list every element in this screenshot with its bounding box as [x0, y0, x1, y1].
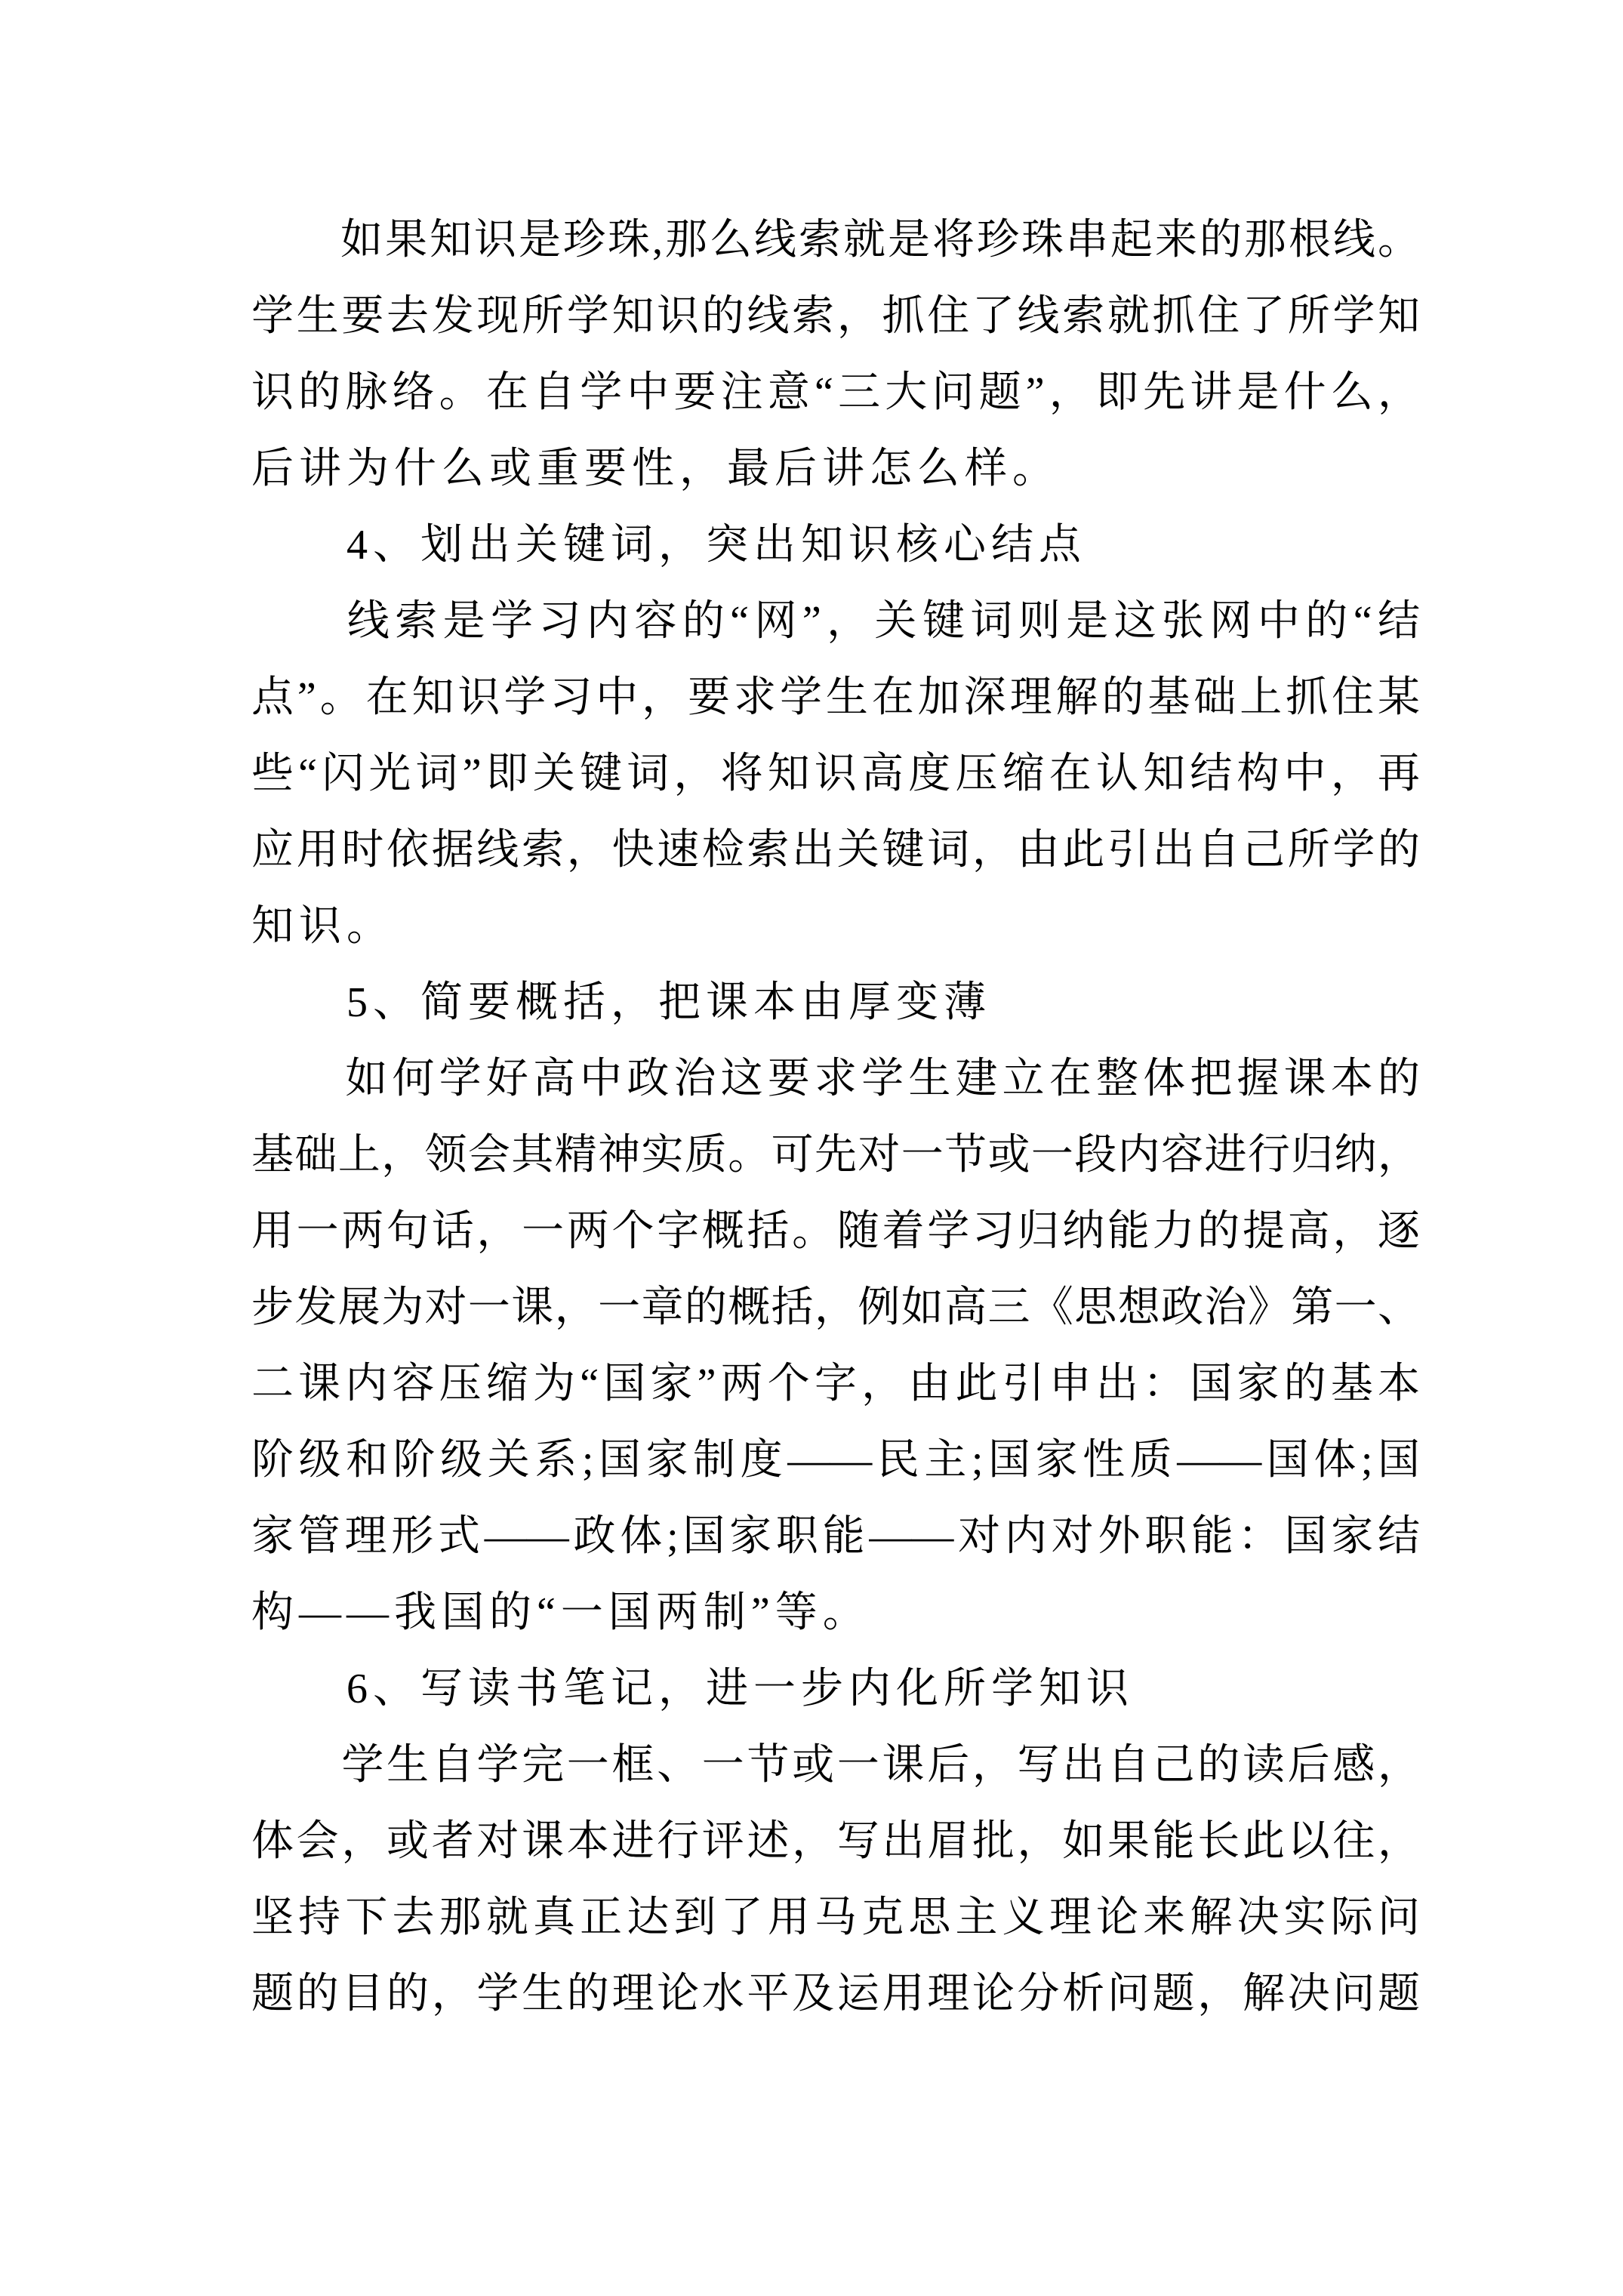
text-line: 点”。在知识学习中，要求学生在加深理解的基础上抓住某 [251, 660, 1420, 736]
text-line: 坚持下去那就真正达到了用马克思主义理论来解决实际问 [251, 1880, 1420, 1956]
text-line: 体会，或者对课本进行评述，写出眉批，如果能长此以往， [251, 1804, 1420, 1880]
text-line: 学生要去发现所学知识的线索，抓住了线索就抓住了所学知 [251, 279, 1420, 355]
document-text-block: 如果知识是珍珠,那么线索就是将珍珠串起来的那根线。 学生要去发现所学知识的线索，… [251, 202, 1420, 2032]
text-line: 二课内容压缩为“国家”两个字，由此引申出：国家的基本 [251, 1346, 1420, 1422]
text-line: 阶级和阶级关系;国家制度——民主;国家性质——国体;国 [251, 1422, 1420, 1499]
text-line: 后讲为什么或重要性，最后讲怎么样。 [251, 431, 1420, 507]
text-line: 学生自学完一框、一节或一课后，写出自己的读后感， [251, 1727, 1420, 1804]
section-heading-5: 5、简要概括，把课本由厚变薄 [251, 965, 1420, 1041]
text-line: 知识。 [251, 889, 1420, 965]
text-line: 构——我国的“一国两制”等。 [251, 1575, 1420, 1651]
text-line: 家管理形式——政体;国家职能——对内对外职能：国家结 [251, 1499, 1420, 1575]
section-heading-4: 4、划出关键词，突出知识核心结点 [251, 507, 1420, 584]
text-line: 用一两句话，一两个字概括。随着学习归纳能力的提高，逐 [251, 1194, 1420, 1270]
text-line: 步发展为对一课，一章的概括，例如高三《思想政治》第一、 [251, 1270, 1420, 1346]
section-heading-6: 6、写读书笔记，进一步内化所学知识 [251, 1651, 1420, 1727]
text-line: 基础上，领会其精神实质。可先对一节或一段内容进行归纳， [251, 1117, 1420, 1194]
text-line: 如果知识是珍珠,那么线索就是将珍珠串起来的那根线。 [251, 202, 1420, 279]
text-line: 线索是学习内容的“网”，关键词则是这张网中的“结 [251, 584, 1420, 660]
text-line: 题的目的，学生的理论水平及运用理论分析问题，解决问题 [251, 1956, 1420, 2032]
text-line: 应用时依据线索，快速检索出关键词，由此引出自己所学的 [251, 812, 1420, 889]
text-line: 些“闪光词”即关键词，将知识高度压缩在认知结构中，再 [251, 736, 1420, 812]
text-line: 识的脉络。在自学中要注意“三大问题”，即先讲是什么， [251, 355, 1420, 431]
document-page: 如果知识是珍珠,那么线索就是将珍珠串起来的那根线。 学生要去发现所学知识的线索，… [0, 0, 1623, 2296]
text-line: 如何学好高中政治这要求学生建立在整体把握课本的 [251, 1041, 1420, 1117]
